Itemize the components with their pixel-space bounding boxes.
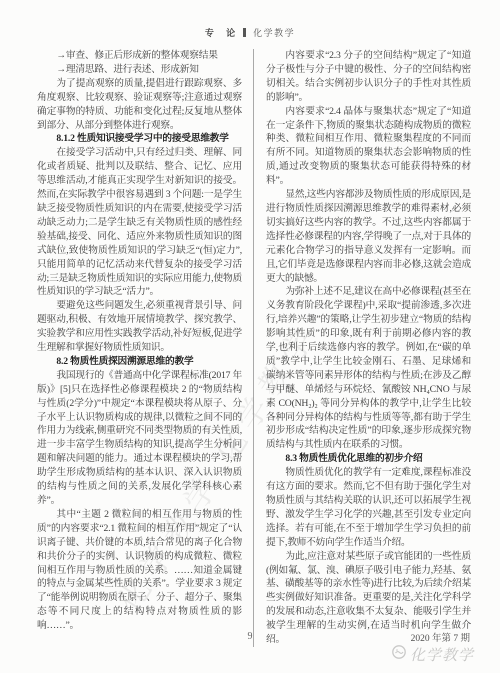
paragraph: 显然,这些内容都涉及物质性质的形成原因,是进行物质性质探因溯源思维教学的难得素材…: [266, 188, 471, 285]
paragraph: 内容要求“2.3 分子的空间结构”规定了“知道分子极性与分子中键的极性、分子的空…: [266, 49, 471, 105]
paragraph: 我国现行的《普通高中化学课程标准(2017 年版)》[5]只在选择性必修课程模块…: [37, 369, 242, 508]
journal-logo-text: 化学教学: [410, 644, 474, 665]
paragraph: 在接受学习活动中,只有经过归类、理解、同化或者质疑、批判以及联结、整合、记忆、应…: [37, 146, 242, 299]
paragraph: 为了提高观察的质量,提倡进行跟踪观察、多角度观察、比较观察、验证观察等;注意通过…: [37, 77, 242, 133]
column-left: →审查、修正后形成新的整体观察结果→理清思路、进行表述、形成新知为了提高观察的质…: [37, 49, 253, 647]
header-section-label: 专 论: [205, 28, 240, 38]
arrow-line: →理清思路、进行表述、形成新知: [37, 63, 242, 77]
paragraph: 物质性质优化的教学有一定难度,课程标准没有这方面的要求。然而,它不但有助于强化学…: [266, 466, 471, 549]
journal-page: 专 论化学教学 →审查、修正后形成新的整体观察结果→理清思路、进行表述、形成新知…: [0, 0, 500, 673]
section-heading: 8.3 物质性质优化思维的初步介绍: [266, 452, 471, 466]
page-header: 专 论化学教学: [0, 26, 500, 39]
issue-label: 2020 年第 7 期: [411, 630, 470, 644]
paragraph: 内容要求“2.4 晶体与聚集状态”规定了“知道在一定条件下,物质的聚集状态随构成…: [266, 105, 471, 188]
column-right: 内容要求“2.3 分子的空间结构”规定了“知道分子极性与分子中键的极性、分子的空…: [253, 49, 471, 647]
paragraph: 要避免这些问题发生,必须重视背景引导、问题驱动,积极、有效地开展情境教学、探究教…: [37, 299, 242, 355]
section-heading: 8.1.2 性质知识接受学习中的接受思维教学: [37, 132, 242, 146]
header-divider-icon: [243, 28, 246, 37]
page-body: →审查、修正后形成新的整体观察结果→理清思路、进行表述、形成新知为了提高观察的质…: [37, 49, 471, 647]
journal-logo-icon: [391, 644, 407, 665]
paragraph: 其中“主题 2 微粒间的相互作用与物质的性质”的内容要求“2.1 微粒间的相互作…: [37, 508, 242, 633]
arrow-line: →审查、修正后形成新的整体观察结果: [37, 49, 242, 63]
paragraph: 为弥补上述不足,建议在高中必修课程(甚至在义务教育阶段化学课程)中,采取“提前渗…: [266, 285, 471, 452]
journal-logo: 化学教学: [391, 644, 474, 665]
header-journal-label: 化学教学: [253, 28, 295, 38]
section-heading: 8.2 物质性质探因溯源思维的教学: [37, 355, 242, 369]
